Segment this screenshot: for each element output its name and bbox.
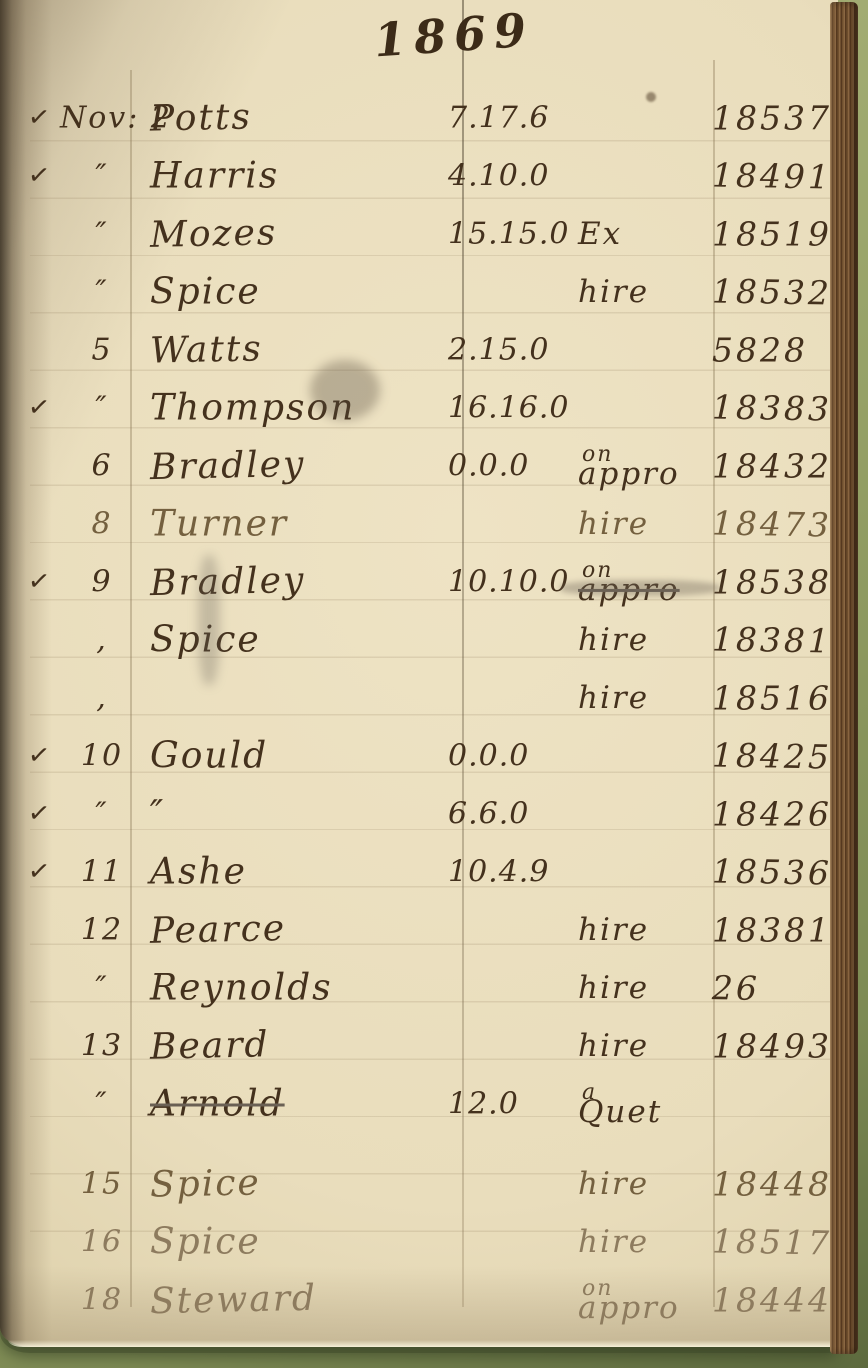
stock-number-cell: 18381 [712,619,833,660]
check-mark: ✓ [26,797,54,830]
date-cell: 15 [60,1167,144,1202]
stock-number-cell: 18444 [712,1281,832,1320]
note-cell: Ex [578,223,622,245]
name-cell: Reynolds [150,968,333,1009]
name-cell: Beard [150,1024,270,1067]
date-cell: , [60,681,144,716]
note-text: appro [578,1297,680,1319]
name-cell: ″ [150,793,166,834]
date-cell: ″ [60,275,144,310]
stock-number-cell: 18493 [712,1027,832,1066]
name-cell: Bradley [150,560,306,604]
name-cell: Turner [150,504,288,545]
ledger-row: ″ Mozes 15.15.0 Ex 18519 [0,205,838,263]
name-cell: Ashe [150,852,247,893]
date-cell: 8 [60,507,144,542]
note-text: hire [578,281,649,303]
stock-number-cell: 18425 [712,735,833,776]
ledger-photo: 1869 ✓ Nov: 2 Potts 7.17.6 18537 ✓ ″ Har… [0,0,868,1368]
ledger-row: 12 Pearce hire 18381 [0,901,838,959]
ledger-row: , Spice hire 18381 [0,611,838,669]
amount-cell: 0.0.0 [448,449,529,484]
amount-cell: 4.10.0 [448,159,549,194]
note-cell: hire [578,513,649,535]
note-text: appro [578,463,680,485]
ledger-row: 8 Turner hire 18473 [0,495,838,553]
note-text: hire [578,1231,649,1253]
date-cell: ″ [60,217,144,252]
note-text: hire [578,919,649,941]
note-cell: hire [578,687,649,709]
ledger-row: ✓ 9 Bradley 10.10.0 on appro 18538 [0,553,838,611]
ledger-row: ✓ 10 Gould 0.0.0 18425 [0,727,838,785]
note-text: hire [578,1035,649,1057]
date-cell: ″ [60,391,144,426]
date-cell: , [60,623,144,658]
ledger-row: 16 Spice hire 18517 [0,1213,838,1271]
amount-cell: 0.0.0 [448,739,529,774]
stock-number-cell: 18532 [712,271,833,312]
stock-number-cell: 5828 [712,331,808,370]
ledger-row: 5 Watts 2.15.0 5828 [0,321,838,379]
name-cell: Spice [150,272,261,313]
amount-cell: 10.4.9 [448,855,549,890]
stock-number-cell: 18536 [712,851,833,892]
name-cell: Thompson [150,388,355,429]
amount-cell: 10.10.0 [448,565,570,600]
ledger-row: ✓ ″ Harris 4.10.0 18491 [0,147,838,205]
stock-number-cell: 18538 [712,563,832,602]
ledger-row: 18 Steward on appro 18444 [0,1271,838,1329]
check-mark: ✓ [26,101,54,134]
amount-cell: 2.15.0 [448,333,549,368]
date-cell: ″ [60,159,144,194]
name-cell: Bradley [150,444,306,488]
ledger-row: ″ Arnold 12.0 a Quet [0,1075,838,1133]
name-cell: Spice [150,1222,261,1263]
name-cell: Arnold [150,1084,285,1125]
amount-cell: 15.15.0 [448,217,570,252]
ledger-row: ✓ ″ Thompson 16.16.0 18383 [0,379,838,437]
stock-number-cell: 18516 [712,679,832,718]
check-mark: ✓ [26,565,54,598]
check-mark: ✓ [26,391,54,424]
stock-number-cell: 18519 [712,215,832,254]
date-cell: 6 [60,449,144,484]
name-cell: Steward [150,1278,318,1322]
stock-number-cell: 18381 [712,911,832,950]
amount-cell: 16.16.0 [448,391,570,426]
name-cell: Potts [150,96,253,139]
note-text: hire [578,1173,649,1195]
note-text: hire [578,513,649,535]
ledger-page: 1869 ✓ Nov: 2 Potts 7.17.6 18537 ✓ ″ Har… [0,0,838,1347]
note-cell: hire [578,1035,649,1057]
note-text: hire [578,977,649,999]
name-cell: Pearce [150,908,287,952]
amount-cell: 7.17.6 [448,101,549,136]
date-cell: 11 [60,855,144,890]
note-text: Quet [578,1101,662,1123]
date-cell: 13 [60,1029,144,1064]
name-cell: Mozes [150,212,278,256]
name-cell: Harris [150,156,279,197]
date-cell: ″ [60,1087,144,1122]
ledger-row: ✓ Nov: 2 Potts 7.17.6 18537 [0,89,838,147]
book-fore-edge [830,2,858,1354]
note-text: appro [578,579,680,601]
note-cell: hire [578,629,649,651]
date-cell: 10 [60,739,144,774]
name-cell: Spice [150,620,261,661]
ledger-row: 15 Spice hire 18448 [0,1155,838,1213]
note-cell: hire [578,1231,649,1253]
stock-number-cell: 18448 [712,1165,832,1204]
date-cell: 16 [60,1225,144,1260]
check-mark: ✓ [26,739,54,772]
ledger-row: ″ Spice hire 18532 [0,263,838,321]
stock-number-cell: 18426 [712,795,832,834]
date-cell: 5 [60,333,144,368]
year-heading: 1869 [372,2,535,67]
stock-number-cell: 18537 [712,99,832,138]
date-cell: ″ [60,797,144,832]
check-mark: ✓ [26,855,54,888]
ledger-row: 6 Bradley 0.0.0 on appro 18432 [0,437,838,495]
stock-number-cell: 18383 [712,387,833,428]
ledger-row: , hire 18516 [0,669,838,727]
stock-number-cell: 18432 [712,447,832,486]
name-cell: Watts [150,328,264,371]
ledger-row: 13 Beard hire 18493 [0,1017,838,1075]
ledger-row: ″ Reynolds hire 26 [0,959,838,1017]
note-cell: hire [578,281,649,303]
note-cell: on appro [578,447,680,485]
note-text: hire [578,629,649,651]
ledger-row: ✓ 11 Ashe 10.4.9 18536 [0,843,838,901]
note-cell: on appro [578,1281,680,1319]
check-mark: ✓ [26,159,54,192]
stock-number-cell: 26 [712,968,761,1008]
ledger-row: ✓ ″ ″ 6.6.0 18426 [0,785,838,843]
amount-cell: 6.6.0 [448,797,529,832]
note-text: hire [578,687,649,709]
note-cell: hire [578,919,649,941]
note-cell: a Quet [578,1085,662,1123]
note-cell: hire [578,977,649,999]
note-cell: on appro [578,563,680,601]
name-cell: Spice [150,1162,262,1205]
date-cell: 12 [60,913,144,948]
amount-cell: 12.0 [448,1087,519,1122]
date-cell: 9 [60,565,144,600]
note-cell: hire [578,1173,649,1195]
name-cell: Gould [150,736,268,777]
stock-number-cell: 18517 [712,1221,833,1262]
stock-number-cell: 18473 [712,503,833,544]
date-cell: ″ [60,971,144,1006]
date-cell: Nov: 2 [60,101,144,136]
note-text: Ex [578,223,622,245]
date-cell: 18 [60,1283,144,1318]
stock-number-cell: 18491 [712,155,833,196]
